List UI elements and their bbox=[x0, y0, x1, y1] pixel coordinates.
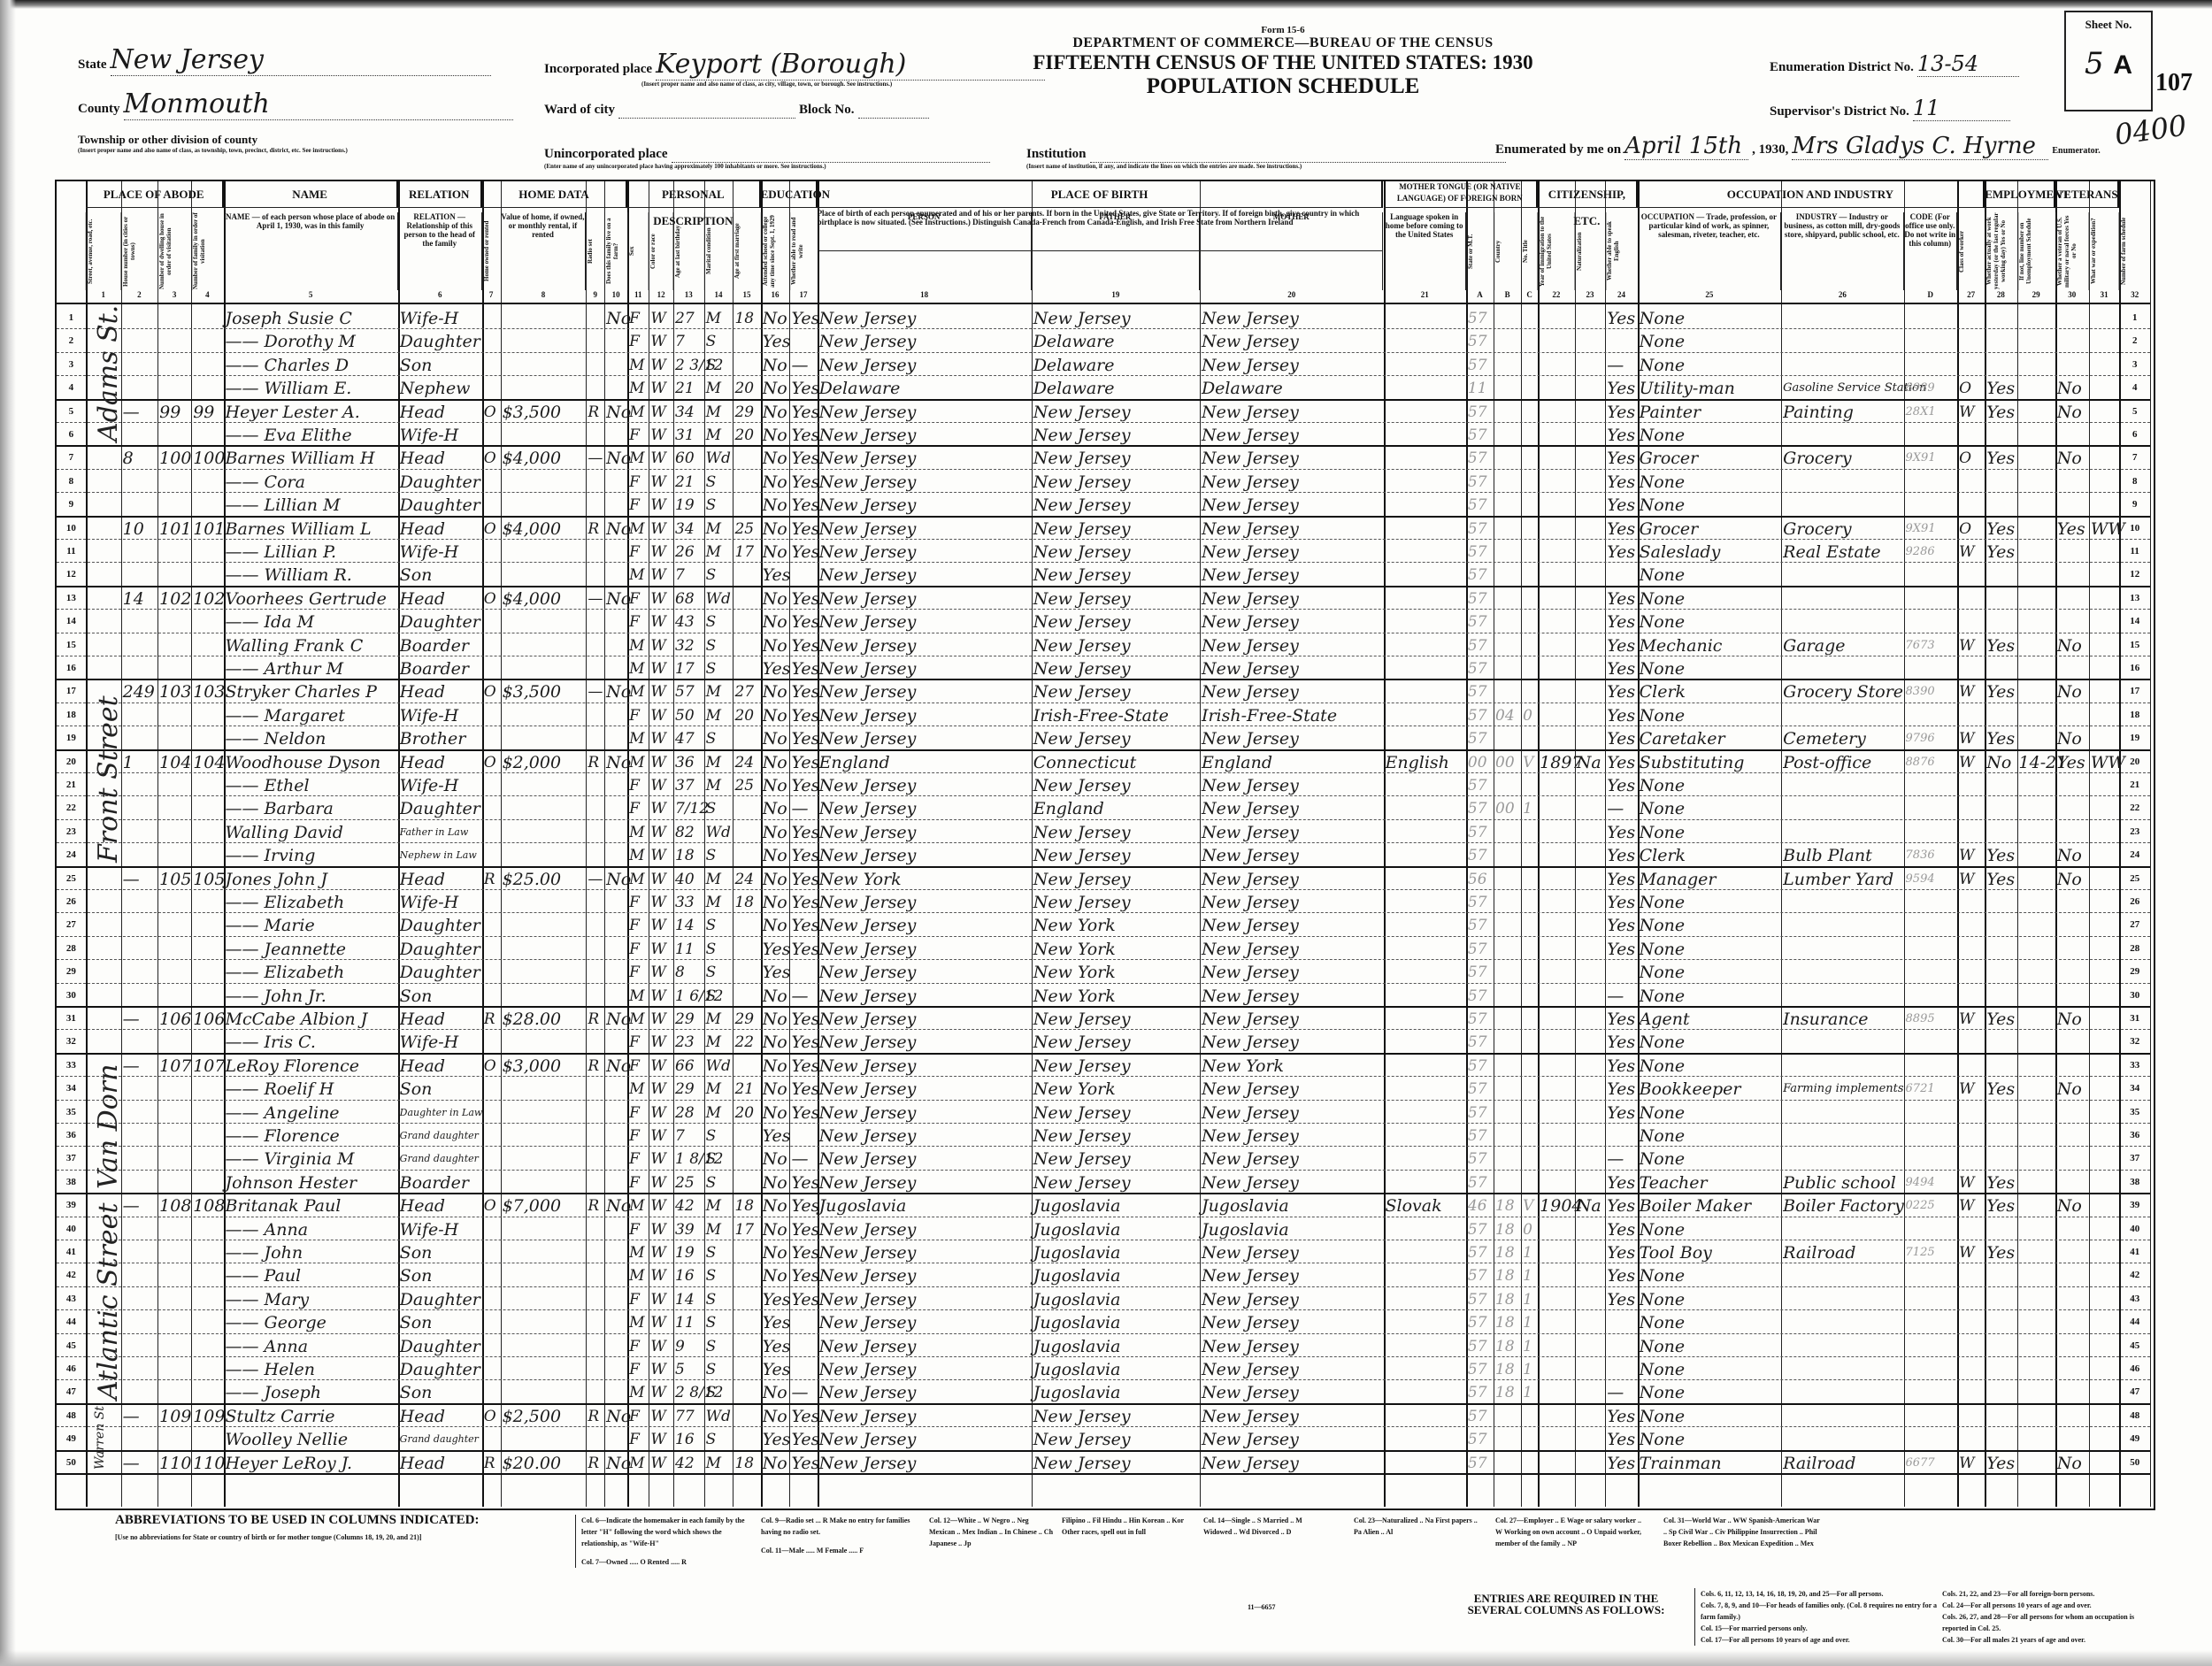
cell-name: Barnes William L bbox=[226, 516, 396, 539]
cell-literate: Yes bbox=[791, 586, 815, 609]
cell-school: No bbox=[763, 819, 788, 842]
cell-name: —— Arthur M bbox=[226, 656, 396, 679]
cell-literate: — bbox=[791, 352, 815, 375]
cell-sex: F bbox=[629, 795, 647, 818]
cell-school: No bbox=[763, 1193, 788, 1216]
table-row: 11—— Lillian P.Wife-HFW26M17NoYesNew Jer… bbox=[57, 539, 2150, 563]
street-name: Front Street bbox=[93, 695, 124, 863]
column-number: 15 bbox=[733, 290, 760, 303]
cell-relation: Nephew bbox=[400, 375, 480, 398]
cell-house: — bbox=[123, 1403, 157, 1426]
cell-owned: O bbox=[484, 586, 499, 609]
cell-relation: Head bbox=[400, 516, 480, 539]
abbrev-col6: Col. 6—Indicate the homemaker in each fa… bbox=[575, 1515, 749, 1568]
cell-marital: S bbox=[706, 912, 732, 935]
cell-birth-father: Irish-Free-State bbox=[1033, 702, 1198, 726]
cell-school: No bbox=[763, 352, 788, 375]
enumeration-district-value: 13-54 bbox=[1917, 51, 2019, 77]
cell-value: $7,000 bbox=[503, 1193, 585, 1216]
cell-age: 31 bbox=[675, 422, 703, 445]
cell-birth-father: New Jersey bbox=[1033, 586, 1198, 609]
table-row: 21—— EthelWife-HFW37M25NoYesNew JerseyNe… bbox=[57, 772, 2150, 796]
entries-left: Cols. 6, 11, 12, 13, 14, 16, 18, 19, 20,… bbox=[1694, 1588, 1939, 1646]
cell-employed: Yes bbox=[1986, 1450, 2015, 1473]
table-row: 47—— JosephSonMW2 8/12SNo—New JerseyJugo… bbox=[57, 1379, 2150, 1404]
cell-industry: Bulb Plant bbox=[1783, 842, 1901, 865]
entries-8: Col. 30—For all males 21 years of age an… bbox=[1942, 1634, 2146, 1646]
cell-name: —— Cora bbox=[226, 469, 396, 492]
cell-dwelling: 108 bbox=[159, 1193, 189, 1216]
cell-code-a: 57 bbox=[1468, 1263, 1492, 1286]
cell-race: W bbox=[650, 889, 672, 912]
cell-code-b: 18 bbox=[1495, 1193, 1519, 1216]
cell-relation: Wife-H bbox=[400, 889, 480, 912]
cell-english: Yes bbox=[1607, 422, 1635, 445]
cell-industry: Railroad bbox=[1783, 1240, 1901, 1263]
cell-house: — bbox=[123, 1193, 157, 1216]
cell-ind-code: 9X91 bbox=[1906, 445, 1956, 468]
cell-code-c: 0 bbox=[1523, 702, 1536, 726]
cell-birth-mother: New Jersey bbox=[1202, 562, 1382, 585]
cell-radio: R bbox=[588, 1403, 603, 1426]
cell-english: Yes bbox=[1607, 399, 1635, 422]
cell-employed: Yes bbox=[1986, 399, 2015, 422]
cell-ln2: 4 bbox=[2121, 375, 2148, 398]
street-name: Adams St. bbox=[93, 305, 124, 441]
cell-relation: Head bbox=[400, 1193, 480, 1216]
cell-birth-person: New Jersey bbox=[819, 445, 1030, 468]
entries-4: Col. 17—For all persons 10 years of age … bbox=[1701, 1634, 1939, 1646]
cell-literate: Yes bbox=[791, 469, 815, 492]
cell-house: — bbox=[123, 399, 157, 422]
cell-code-b: 18 bbox=[1495, 1240, 1519, 1263]
cell-literate: Yes bbox=[791, 679, 815, 702]
cell-veteran: No bbox=[2057, 679, 2087, 702]
column-header-war: What war or expedition? bbox=[2089, 212, 2120, 290]
column-header-dwelling: Number of dwelling house in order of vis… bbox=[157, 212, 191, 290]
cell-school: No bbox=[763, 586, 788, 609]
table-row: 41—— JohnSonMW19SNoYesNew JerseyJugoslav… bbox=[57, 1240, 2150, 1263]
column-number: 1 bbox=[86, 290, 121, 303]
cell-literate: Yes bbox=[791, 1286, 815, 1309]
table-row: 3—— Charles DSonMW2 3/12SNo—New JerseyDe… bbox=[57, 352, 2150, 376]
cell-birth-father: Jugoslavia bbox=[1033, 1193, 1198, 1216]
cell-name: —— Charles D bbox=[226, 352, 396, 375]
cell-age: 34 bbox=[675, 516, 703, 539]
cell-relation: Head bbox=[400, 1450, 480, 1473]
cell-name: —— Dorothy M bbox=[226, 328, 396, 351]
cell-birth-person: New Jersey bbox=[819, 936, 1030, 959]
cell-birth-person: New York bbox=[819, 866, 1030, 889]
cell-birth-mother: New Jersey bbox=[1202, 959, 1382, 982]
cell-sex: F bbox=[629, 702, 647, 726]
column-group-header: PLACE OF ABODE bbox=[86, 181, 224, 208]
cell-line: 46 bbox=[58, 1356, 84, 1379]
cell-race: W bbox=[650, 1426, 672, 1449]
cell-literate: Yes bbox=[791, 936, 815, 959]
cell-birth-mother: New Jersey bbox=[1202, 445, 1382, 468]
cell-race: W bbox=[650, 1240, 672, 1263]
cell-literate: Yes bbox=[791, 492, 815, 515]
column-number: 27 bbox=[1957, 290, 1985, 303]
cell-birth-mother: Delaware bbox=[1202, 375, 1382, 398]
cell-industry: Railroad bbox=[1783, 1450, 1901, 1473]
cell-sex: F bbox=[629, 1286, 647, 1309]
cell-name: —— Lillian P. bbox=[226, 539, 396, 562]
cell-birth-father: Delaware bbox=[1033, 328, 1198, 351]
cell-age: 68 bbox=[675, 586, 703, 609]
cell-birth-mother: England bbox=[1202, 749, 1382, 772]
cell-school: No bbox=[763, 726, 788, 749]
cell-birth-person: New Jersey bbox=[819, 1333, 1030, 1356]
cell-occupation: None bbox=[1640, 1379, 1780, 1402]
cell-code-a: 57 bbox=[1468, 1053, 1492, 1076]
scan-edge-bottom bbox=[0, 1650, 2212, 1666]
cell-marital: S bbox=[706, 656, 732, 679]
cell-name: —— Paul bbox=[226, 1263, 396, 1286]
enumerated-date: April 15th bbox=[1624, 133, 1748, 160]
cell-age-marriage: 20 bbox=[734, 422, 758, 445]
cell-sex: F bbox=[629, 1029, 647, 1052]
cell-occupation: None bbox=[1640, 1029, 1780, 1052]
cell-age-marriage: 18 bbox=[734, 1193, 758, 1216]
cell-code-a: 57 bbox=[1468, 889, 1492, 912]
cell-name: —— Iris C. bbox=[226, 1029, 396, 1052]
column-header-code-b: Country bbox=[1494, 212, 1521, 290]
cell-line: 41 bbox=[58, 1240, 84, 1263]
cell-sex: M bbox=[629, 516, 647, 539]
cell-marital: S bbox=[706, 609, 732, 632]
cell-school: No bbox=[763, 772, 788, 795]
cell-relation: Boarder bbox=[400, 1170, 480, 1193]
cell-owned: R bbox=[484, 1006, 499, 1029]
cell-age: 36 bbox=[675, 749, 703, 772]
column-header-school: Attended school or college any time sinc… bbox=[761, 212, 790, 290]
cell-line: 4 bbox=[58, 375, 84, 398]
cell-relation: Wife-H bbox=[400, 702, 480, 726]
cell-race: W bbox=[650, 656, 672, 679]
cell-name: —— Helen bbox=[226, 1356, 396, 1379]
cell-birth-mother: New Jersey bbox=[1202, 842, 1382, 865]
cell-race: W bbox=[650, 983, 672, 1006]
cell-name: —— Anna bbox=[226, 1333, 396, 1356]
cell-name: —— Lillian M bbox=[226, 492, 396, 515]
cell-ln2: 5 bbox=[2121, 399, 2148, 422]
column-number: 6 bbox=[398, 290, 482, 303]
cell-value: $3,500 bbox=[503, 679, 585, 702]
cell-occupation: None bbox=[1640, 609, 1780, 632]
cell-school: No bbox=[763, 609, 788, 632]
cell-relation: Daughter bbox=[400, 795, 480, 818]
cell-line: 7 bbox=[58, 445, 84, 468]
cell-value: $3,500 bbox=[503, 399, 585, 422]
cell-marital: S bbox=[706, 352, 732, 375]
cell-marital: S bbox=[706, 562, 732, 585]
cell-birth-person: New Jersey bbox=[819, 328, 1030, 351]
state-value: New Jersey bbox=[111, 44, 491, 76]
cell-sex: M bbox=[629, 1076, 647, 1099]
cell-owned: O bbox=[484, 679, 499, 702]
column-header-sex: Sex bbox=[627, 212, 649, 290]
cell-occupation: None bbox=[1640, 912, 1780, 935]
column-number: 13 bbox=[673, 290, 704, 303]
cell-school: No bbox=[763, 1379, 788, 1402]
cell-line: 9 bbox=[58, 492, 84, 515]
cell-sex: F bbox=[629, 469, 647, 492]
table-row: 40—— AnnaWife-HFW39M17NoYesNew JerseyJug… bbox=[57, 1217, 2150, 1240]
cell-race: W bbox=[650, 375, 672, 398]
cell-employed: Yes bbox=[1986, 1006, 2015, 1029]
cell-code-c: 1 bbox=[1523, 1356, 1536, 1379]
cell-name: Stryker Charles P bbox=[226, 679, 396, 702]
cell-line: 35 bbox=[58, 1100, 84, 1123]
cell-name: Johnson Hester bbox=[226, 1170, 396, 1193]
cell-occupation: None bbox=[1640, 1263, 1780, 1286]
cell-sex: M bbox=[629, 399, 647, 422]
cell-line: 15 bbox=[58, 633, 84, 656]
cell-occupation: Manager bbox=[1640, 866, 1780, 889]
cell-literate: Yes bbox=[791, 422, 815, 445]
cell-code-a: 57 bbox=[1468, 983, 1492, 1006]
cell-marital: S bbox=[706, 959, 732, 982]
table-row: 201104104Woodhouse DysonHeadO$2,000RNoMW… bbox=[57, 749, 2150, 773]
cell-name: —— John Jr. bbox=[226, 983, 396, 1006]
cell-birth-mother: New Jersey bbox=[1202, 1379, 1382, 1402]
cell-english: Yes bbox=[1607, 445, 1635, 468]
cell-race: W bbox=[650, 539, 672, 562]
table-row: 42—— PaulSonMW16SNoYesNew JerseyJugoslav… bbox=[57, 1263, 2150, 1286]
cell-birth-mother: New Jersey bbox=[1202, 1309, 1382, 1332]
cell-occupation: Bookkeeper bbox=[1640, 1076, 1780, 1099]
cell-sex: M bbox=[629, 983, 647, 1006]
table-row: 78100100Barnes William HHeadO$4,000—NoMW… bbox=[57, 445, 2150, 469]
cell-name: Barnes William H bbox=[226, 445, 396, 468]
cell-class: W bbox=[1959, 539, 1983, 562]
cell-birth-person: New Jersey bbox=[819, 1263, 1030, 1286]
cell-ln2: 21 bbox=[2121, 772, 2148, 795]
column-number: 9 bbox=[586, 290, 604, 303]
cell-birth-mother: New Jersey bbox=[1202, 912, 1382, 935]
cell-school: Yes bbox=[763, 328, 788, 351]
cell-occupation: None bbox=[1640, 586, 1780, 609]
cell-school: No bbox=[763, 1076, 788, 1099]
cell-ln2: 45 bbox=[2121, 1333, 2148, 1356]
cell-birth-mother: Jugoslavia bbox=[1202, 1193, 1382, 1216]
cell-relation: Daughter bbox=[400, 1286, 480, 1309]
cell-family: 103 bbox=[193, 679, 221, 702]
cell-veteran: No bbox=[2057, 633, 2087, 656]
cell-birth-person: New Jersey bbox=[819, 399, 1030, 422]
cell-industry: Grocery Store bbox=[1783, 679, 1901, 702]
cell-family: 109 bbox=[193, 1403, 221, 1426]
cell-age: 1 8/12 bbox=[675, 1146, 703, 1169]
cell-sex: M bbox=[629, 562, 647, 585]
cell-ind-code: 6677 bbox=[1906, 1450, 1956, 1473]
cell-name: Woolley Nellie bbox=[226, 1426, 396, 1449]
cell-literate: Yes bbox=[791, 656, 815, 679]
cell-code-b: 04 bbox=[1495, 702, 1519, 726]
scan-edge-top bbox=[0, 0, 2212, 9]
cell-industry: Lumber Yard bbox=[1783, 866, 1901, 889]
column-header-occupation: OCCUPATION — Trade, profession, or parti… bbox=[1638, 212, 1782, 290]
cell-family: 99 bbox=[193, 399, 221, 422]
cell-code-a: 57 bbox=[1468, 1076, 1492, 1099]
cell-industry: Insurance bbox=[1783, 1006, 1901, 1029]
cell-birth-mother: New Jersey bbox=[1202, 469, 1382, 492]
cell-birth-person: New Jersey bbox=[819, 679, 1030, 702]
column-number: 14 bbox=[704, 290, 733, 303]
cell-marital: Wd bbox=[706, 586, 732, 609]
cell-line: 2 bbox=[58, 328, 84, 351]
cell-birth-person: New Jersey bbox=[819, 1240, 1030, 1263]
cell-veteran: No bbox=[2057, 842, 2087, 865]
cell-marital: S bbox=[706, 1309, 732, 1332]
cell-sex: M bbox=[629, 656, 647, 679]
cell-war: WW bbox=[2091, 749, 2118, 772]
column-group-header: MOTHER TONGUE (OR NATIVE LANGUAGE) OF FO… bbox=[1384, 181, 1539, 208]
cell-code-a: 57 bbox=[1468, 1379, 1492, 1402]
cell-relation: Boarder bbox=[400, 633, 480, 656]
cell-code-a: 57 bbox=[1468, 1240, 1492, 1263]
cell-literate: Yes bbox=[791, 633, 815, 656]
column-number: 29 bbox=[2017, 290, 2055, 303]
cell-age: 50 bbox=[675, 702, 703, 726]
cell-literate: — bbox=[791, 983, 815, 1006]
cell-age: 40 bbox=[675, 866, 703, 889]
cell-code-c: 1 bbox=[1523, 1286, 1536, 1309]
cell-occupation: None bbox=[1640, 469, 1780, 492]
column-header-ind-code: CODE (For office use only. Do not write … bbox=[1904, 212, 1958, 290]
cell-class: W bbox=[1959, 866, 1983, 889]
cell-line: 11 bbox=[58, 539, 84, 562]
cell-occupation: None bbox=[1640, 656, 1780, 679]
column-number: 2 bbox=[121, 290, 158, 303]
cell-birth-father: Delaware bbox=[1033, 375, 1198, 398]
cell-birth-father: Delaware bbox=[1033, 352, 1198, 375]
cell-school: No bbox=[763, 422, 788, 445]
cell-marital: S bbox=[706, 1263, 732, 1286]
cell-age-marriage: 22 bbox=[734, 1029, 758, 1052]
cell-race: W bbox=[650, 1076, 672, 1099]
cell-birth-person: New Jersey bbox=[819, 492, 1030, 515]
cell-birth-mother: New Jersey bbox=[1202, 399, 1382, 422]
cell-school: No bbox=[763, 842, 788, 865]
cell-sex: F bbox=[629, 1146, 647, 1169]
cell-age: 18 bbox=[675, 842, 703, 865]
cell-birth-mother: Irish-Free-State bbox=[1202, 702, 1382, 726]
cell-ln2: 24 bbox=[2121, 842, 2148, 865]
cell-race: W bbox=[650, 445, 672, 468]
cell-birth-father: New Jersey bbox=[1033, 422, 1198, 445]
cell-occupation: None bbox=[1640, 1356, 1780, 1379]
column-number: 16 bbox=[761, 290, 790, 303]
table-row: 45—— AnnaDaughterFW9SYesNew JerseyJugosl… bbox=[57, 1333, 2150, 1357]
incorporated-field: Incorporated place Keyport (Borough) (In… bbox=[544, 49, 1045, 88]
cell-occupation: Grocer bbox=[1640, 516, 1780, 539]
column-divider bbox=[2150, 181, 2151, 1507]
cell-value: $4,000 bbox=[503, 445, 585, 468]
cell-sex: F bbox=[629, 328, 647, 351]
cell-race: W bbox=[650, 1263, 672, 1286]
cell-relation: Son bbox=[400, 352, 480, 375]
column-header-veteran: Whether a veteran of U.S. military or na… bbox=[2055, 212, 2089, 290]
cell-ind-code: 28X1 bbox=[1906, 399, 1956, 422]
department-title: DEPARTMENT OF COMMERCE—BUREAU OF THE CEN… bbox=[1018, 35, 1548, 51]
cell-farm: No bbox=[606, 445, 626, 468]
cell-code-a: 11 bbox=[1468, 375, 1492, 398]
cell-race: W bbox=[650, 1146, 672, 1169]
cell-ind-code: 8989 bbox=[1906, 375, 1956, 398]
cell-literate: Yes bbox=[791, 1100, 815, 1123]
cell-dwelling: 99 bbox=[159, 399, 189, 422]
cell-birth-person: New Jersey bbox=[819, 469, 1030, 492]
cell-birth-father: New Jersey bbox=[1033, 399, 1198, 422]
cell-sex: M bbox=[629, 819, 647, 842]
cell-birth-mother: New Jersey bbox=[1202, 305, 1382, 328]
entries-right: Cols. 21, 22, and 23—For all foreign-bor… bbox=[1942, 1588, 2146, 1646]
cell-ln2: 30 bbox=[2121, 983, 2148, 1006]
cell-birth-mother: New Jersey bbox=[1202, 889, 1382, 912]
cell-ind-code: 9494 bbox=[1906, 1170, 1956, 1193]
cell-name: —— Angeline bbox=[226, 1100, 396, 1123]
cell-english: — bbox=[1607, 1379, 1635, 1402]
cell-birth-mother: New Jersey bbox=[1202, 936, 1382, 959]
cell-relation: Wife-H bbox=[400, 1217, 480, 1240]
cell-race: W bbox=[650, 1309, 672, 1332]
township-note: (Insert proper name and also name of cla… bbox=[78, 147, 520, 154]
cell-race: W bbox=[650, 936, 672, 959]
cell-race: W bbox=[650, 1217, 672, 1240]
cell-race: W bbox=[650, 772, 672, 795]
cell-sex: F bbox=[629, 1170, 647, 1193]
cell-birth-mother: New Jersey bbox=[1202, 1356, 1382, 1379]
cell-marital: M bbox=[706, 679, 732, 702]
cell-ind-code: 7673 bbox=[1906, 633, 1956, 656]
cell-birth-father: New Jersey bbox=[1033, 772, 1198, 795]
cell-owned: O bbox=[484, 399, 499, 422]
cell-relation: Wife-H bbox=[400, 772, 480, 795]
cell-birth-mother: New Jersey bbox=[1202, 1006, 1382, 1029]
cell-birth-person: England bbox=[819, 749, 1030, 772]
cell-code-a: 46 bbox=[1468, 1193, 1492, 1216]
cell-birth-mother: New Jersey bbox=[1202, 726, 1382, 749]
cell-birth-father: New Jersey bbox=[1033, 1053, 1198, 1076]
abbrev-col27: Col. 27—Employer .. E Wage or salary wor… bbox=[1495, 1515, 1646, 1549]
cell-relation: Son bbox=[400, 1379, 480, 1402]
cell-age: 26 bbox=[675, 539, 703, 562]
cell-code-a: 57 bbox=[1468, 679, 1492, 702]
cell-english: — bbox=[1607, 795, 1635, 818]
cell-english: Yes bbox=[1607, 1006, 1635, 1029]
abbreviations-legend: ABBREVIATIONS TO BE USED IN COLUMNS INDI… bbox=[115, 1515, 557, 1543]
cell-industry: Cemetery bbox=[1783, 726, 1901, 749]
cell-marital: M bbox=[706, 1217, 732, 1240]
cell-occupation: None bbox=[1640, 1123, 1780, 1146]
cell-literate: Yes bbox=[791, 749, 815, 772]
abbrev-col12: Col. 12—White .. W Negro .. Neg Mexican … bbox=[929, 1515, 1053, 1549]
cell-birth-mother: New Jersey bbox=[1202, 1100, 1382, 1123]
cell-relation: Head bbox=[400, 445, 480, 468]
column-number: 24 bbox=[1605, 290, 1637, 303]
cell-code-a: 57 bbox=[1468, 328, 1492, 351]
cell-code-a: 57 bbox=[1468, 702, 1492, 726]
cell-sex: F bbox=[629, 1217, 647, 1240]
cell-veteran: No bbox=[2057, 1450, 2087, 1473]
cell-birth-person: New Jersey bbox=[819, 352, 1030, 375]
cell-relation: Son bbox=[400, 1263, 480, 1286]
cell-ind-code: 8895 bbox=[1906, 1006, 1956, 1029]
cell-veteran: Yes bbox=[2057, 749, 2087, 772]
